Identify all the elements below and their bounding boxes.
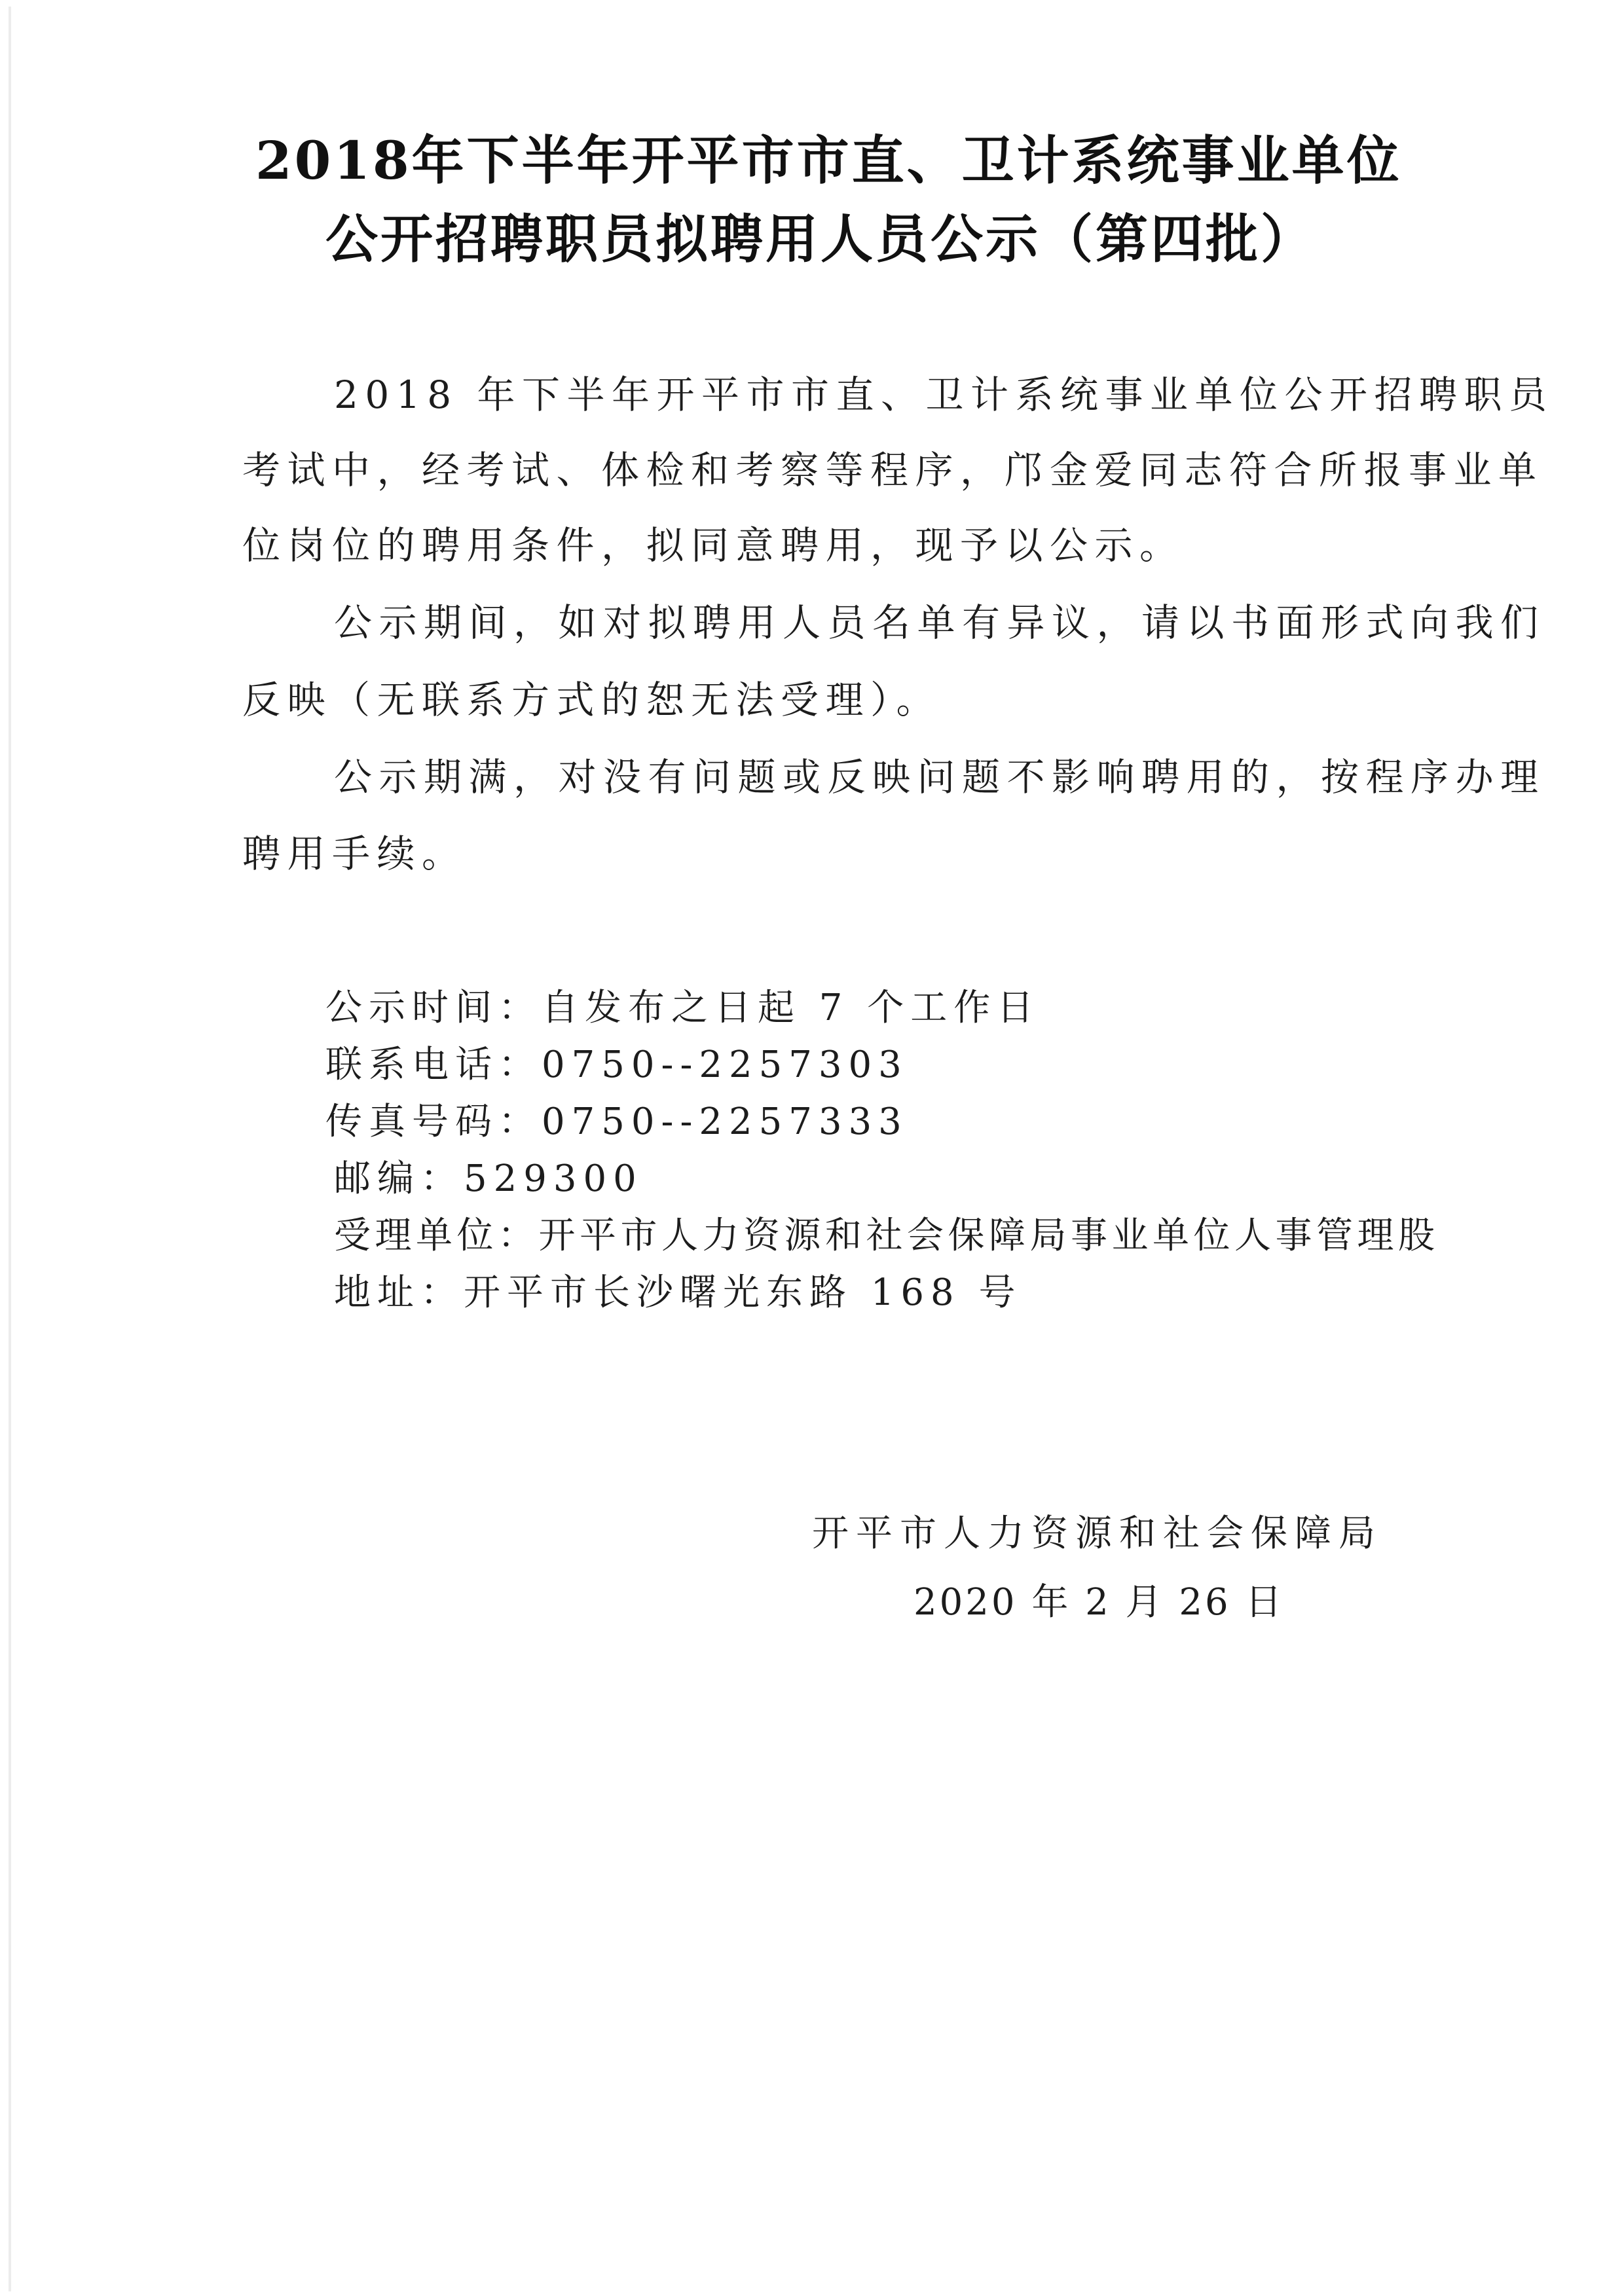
postcode-value: 529300 [464, 1157, 643, 1200]
publicity-period-value: 自发布之日起 7 个工作日 [542, 987, 1040, 1029]
contact-phone: 联系电话：0750--2257303 [325, 1047, 908, 1084]
contact-handling-unit: 受理单位：开平市人力资源和社会保障局事业单位人事管理股 [334, 1218, 1439, 1254]
document-title-line-2: 公开招聘职员拟聘用人员公示（第四批） [325, 213, 1316, 265]
fax-label: 传真号码： [325, 1101, 542, 1143]
scan-edge-artifact [9, 7, 11, 2291]
contact-publicity-period: 公示时间：自发布之日起 7 个工作日 [325, 990, 1040, 1027]
postcode-label: 邮编： [334, 1157, 464, 1200]
signature-organization: 开平市人力资源和社会保障局 [812, 1516, 1382, 1552]
document-title-line-1: 2018年下半年开平市市直、卫计系统事业单位 [255, 134, 1402, 187]
handling-unit-label: 受理单位： [334, 1214, 539, 1257]
paragraph-2-line-1: 公示期间，如对拟聘用人员名单有异议，请以书面形式向我们 [334, 604, 1545, 642]
fax-value: 0750--2257333 [542, 1101, 908, 1143]
address-value: 开平市长沙曙光东路 168 号 [464, 1271, 1022, 1314]
phone-value: 0750--2257303 [542, 1044, 908, 1086]
signature-date: 2020 年 2 月 26 日 [913, 1584, 1284, 1621]
paragraph-3-line-1: 公示期满，对没有问题或反映问题不影响聘用的，按程序办理 [334, 758, 1545, 796]
paragraph-1-line-3: 位岗位的聘用条件，拟同意聘用，现予以公示。 [242, 526, 1185, 564]
contact-address: 地址：开平市长沙曙光东路 168 号 [334, 1275, 1022, 1311]
paragraph-1-line-2: 考试中，经考试、体检和考察等程序，邝金爱同志符合所报事业单 [242, 451, 1543, 489]
paragraph-2-line-2: 反映（无联系方式的恕无法受理）。 [242, 681, 941, 719]
publicity-period-label: 公示时间： [325, 987, 542, 1029]
paragraph-1-line-1: 2018 年下半年开平市市直、卫计系统事业单位公开招聘职员 [334, 376, 1554, 414]
address-label: 地址： [334, 1271, 464, 1314]
contact-fax: 传真号码：0750--2257333 [325, 1104, 908, 1140]
contact-postcode: 邮编：529300 [334, 1161, 643, 1197]
handling-unit-value: 开平市人力资源和社会保障局事业单位人事管理股 [539, 1214, 1439, 1257]
phone-label: 联系电话： [325, 1044, 542, 1086]
paragraph-3-line-2: 聘用手续。 [242, 835, 467, 873]
